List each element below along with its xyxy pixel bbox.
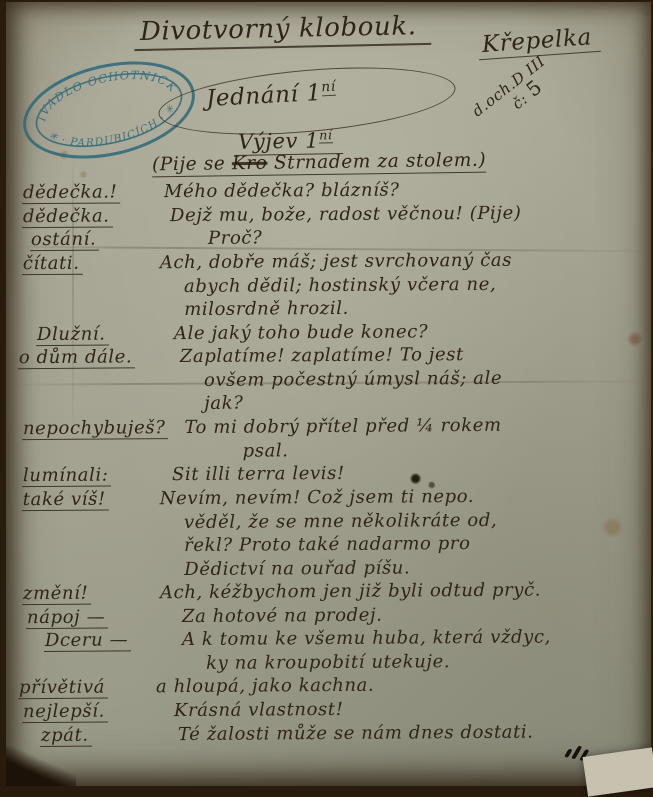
underlying-page-corner: [583, 747, 653, 796]
dialogue-line: milosrdně hrozil.: [184, 295, 647, 322]
corner-tear: [6, 746, 76, 786]
dialogue-row: o dům dále. Zaplatíme! zaplatíme! To jes…: [16, 342, 647, 417]
archive-note-prefix: č:: [509, 90, 532, 113]
dialogue-line: Ale jaký toho bude konec?: [174, 318, 647, 345]
dialogue-text: Proč?: [152, 224, 647, 251]
dialogue-line: Krásná vlastnost!: [174, 696, 647, 723]
dialogue-line: a hloupá, jako kachna.: [156, 672, 647, 699]
dialogue-text: Sit illi terra levis!: [144, 460, 647, 487]
dialogue-row: také víš! Nevím, nevím! Což jsem ti nepo…: [16, 484, 648, 583]
cue-word: nejlepší.: [16, 699, 144, 723]
dialogue-line: Ach, dobře máš; jest svrchovaný čas: [160, 248, 647, 275]
manuscript-page: Divotvorný klobouk. Křepelka DIVADLO OCH…: [6, 2, 651, 786]
cue-word: změní!: [16, 581, 144, 605]
cue-word: dědečka.!: [16, 180, 144, 204]
dialogue-text: Zaplatíme! zaplatíme! To jestovšem počes…: [140, 342, 647, 416]
archive-note: d.och.D III č: 5: [469, 52, 561, 136]
stage-direction: (Pije se Kro Strnadem za stolem.): [152, 150, 487, 178]
dialogue-text: To mi dobrý přítel před ¼ rokempsal.: [168, 413, 647, 464]
dialogue-line: Sit illi terra levis!: [172, 460, 647, 487]
dialogue-row: Dceru — A k tomu ke všemu huba, která vž…: [16, 625, 647, 677]
cue-word: dědečka.: [16, 204, 144, 228]
dialogue-line: psal.: [242, 436, 647, 462]
dialogue-row: čítati. Ach, dobře máš; jest svrchovaný …: [16, 248, 647, 323]
dialogue-line: abych dědil; hostinský včera ne,: [184, 271, 647, 298]
stage-direction-suffix: Strnadem za stolem.): [267, 150, 486, 174]
cue-word: o dům dále.: [16, 345, 140, 369]
cue-word: čítati.: [16, 251, 144, 275]
cue-word: Dlužní.: [16, 322, 158, 347]
dialogue-text: Ach, kéžbychom jen již byli odtud pryč.: [144, 578, 647, 605]
stage-direction-prefix: (Pije se: [152, 153, 232, 175]
dialogue-row: nepochybuješ? To mi dobrý přítel před ¼ …: [16, 413, 647, 465]
cue-word: lumínali:: [16, 463, 144, 487]
dialogue-text: A k tomu ke všemu huba, která vždyc,ky n…: [166, 625, 647, 676]
manuscript-photo: Divotvorný klobouk. Křepelka DIVADLO OCH…: [0, 0, 653, 797]
scene-number: 1: [305, 128, 319, 152]
dialogue-text: Ach, dobře máš; jest svrchovaný časabych…: [144, 248, 647, 322]
dialogue-line: ovšem počestný úmysl náš; ale: [204, 366, 647, 393]
dialogue-line: Mého dědečka? blázníš?: [164, 177, 647, 204]
cue-word: Dceru —: [16, 628, 166, 653]
dialogue-line: To mi dobrý přítel před ¼ rokem: [184, 413, 647, 440]
dialogue-line: jak?: [204, 389, 647, 416]
stage-direction-struck-word: Kro: [232, 153, 268, 174]
dialogue-text: Nevím, nevím! Což jsem ti nepo.věděl, že…: [144, 484, 648, 582]
dialogue-line: Dejž mu, bože, radost věčnou! (Pije): [170, 200, 647, 227]
cue-word: také víš!: [16, 487, 144, 511]
dialogue-line: Proč?: [208, 224, 647, 251]
scene-word: Výjev: [238, 129, 298, 154]
dialogue-line: věděl, že se mne několikráte od,: [184, 507, 647, 534]
dialogue-line: Dědictví na ouřad píšu.: [184, 554, 647, 581]
dialogue-line: Ach, kéžbychom jen již byli odtud pryč.: [160, 578, 647, 605]
act-number: 1: [306, 80, 323, 107]
dialogue-line: Zaplatíme! zaplatíme! To jest: [180, 342, 647, 369]
scene-number-suffix: ní: [319, 127, 333, 143]
cue-word: nepochybuješ?: [16, 416, 169, 441]
dialogue-row: zpát. Té žalosti může se nám dnes dostat…: [16, 719, 647, 747]
cue-word: přívětivá: [16, 676, 140, 700]
cue-word: nápoj —: [16, 605, 148, 630]
dialogue-text: Té žalosti může se nám dnes dostati.: [162, 719, 647, 746]
cue-word: ostání.: [16, 227, 152, 252]
dialogue-text: Mého dědečka? blázníš?: [144, 177, 647, 204]
dialogue-rows: dědečka.! Mého dědečka? blázníš? dědečka…: [16, 179, 647, 745]
dialogue-line: Nevím, nevím! Což jsem ti nepo.: [160, 484, 647, 511]
act-word: Jednání: [205, 81, 299, 112]
dialogue-line: řekl? Proto také nadarmo pro: [184, 531, 647, 558]
cue-word: zpát.: [16, 723, 162, 748]
act-number-suffix: ní: [321, 79, 336, 97]
dialogue-text: Krásná vlastnost!: [144, 696, 647, 723]
dialogue-line: Té žalosti může se nám dnes dostati.: [178, 719, 647, 746]
